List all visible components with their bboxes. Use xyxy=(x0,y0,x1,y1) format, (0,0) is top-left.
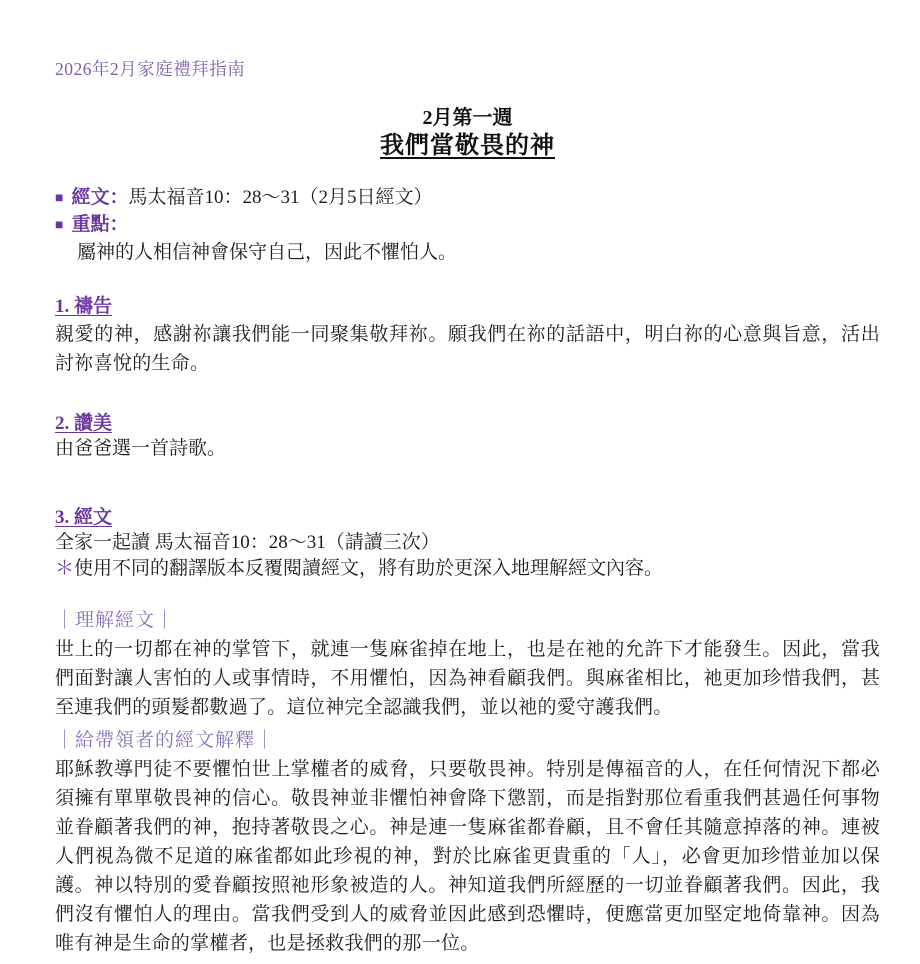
section-prayer: 1. 禱告 親愛的神，感謝祢讓我們能一同聚集敬拜祢。願我們在祢的話語中，明白祢的… xyxy=(55,295,880,378)
section-scripture-note: ＊使用不同的翻譯版本反覆閱讀經文，將有助於更深入地理解經文內容。 xyxy=(55,556,880,582)
doc-header-title: 2026年2月家庭禮拜指南 xyxy=(55,56,880,81)
document-page: 2026年2月家庭禮拜指南 2月第一週 我們當敬畏的神 ■ 經文： 馬太福音10… xyxy=(0,0,920,964)
point-label: 重點： xyxy=(71,212,128,237)
title-block: 2月第一週 我們當敬畏的神 xyxy=(55,105,880,161)
section-prayer-body: 親愛的神，感謝祢讓我們能一同聚集敬拜祢。願我們在祢的話語中，明白祢的心意與旨意，… xyxy=(55,320,880,378)
section-scripture-body: 全家一起讀 馬太福音10：28～31（請讀三次） xyxy=(55,530,880,556)
scripture-line: ■ 經文： 馬太福音10：28～31（2月5日經文） xyxy=(55,185,880,212)
scripture-value: 馬太福音10：28～31（2月5日經文） xyxy=(128,185,432,210)
scripture-label: 經文： xyxy=(71,185,128,210)
square-bullet-icon: ■ xyxy=(55,186,63,211)
point-value: 屬神的人相信神會保守自己，因此不懼怕人。 xyxy=(55,240,880,265)
square-bullet-icon: ■ xyxy=(55,213,63,238)
section-praise-body: 由爸爸選一首詩歌。 xyxy=(55,436,880,462)
subsection-leader-notes-heading: ｜給帶領者的經文解釋｜ xyxy=(55,728,880,754)
asterisk-marker: ＊ xyxy=(55,558,74,579)
meta-block: ■ 經文： 馬太福音10：28～31（2月5日經文） ■ 重點： 屬神的人相信神… xyxy=(55,185,880,265)
section-scripture-heading: 3. 經文 xyxy=(55,506,112,530)
main-title: 我們當敬畏的神 xyxy=(380,131,555,161)
subsection-understanding-heading: ｜理解經文｜ xyxy=(55,608,880,634)
section-prayer-heading: 1. 禱告 xyxy=(55,295,112,319)
note-text: 使用不同的翻譯版本反覆閱讀經文，將有助於更深入地理解經文內容。 xyxy=(74,558,663,579)
subsection-understanding: ｜理解經文｜ 世上的一切都在神的掌管下，就連一隻麻雀掉在地上，也是在祂的允許下才… xyxy=(55,608,880,722)
section-praise-heading: 2. 讚美 xyxy=(55,412,112,436)
point-line: ■ 重點： xyxy=(55,212,880,239)
subsection-understanding-body: 世上的一切都在神的掌管下，就連一隻麻雀掉在地上，也是在祂的允許下才能發生。因此，… xyxy=(55,635,880,722)
section-scripture: 3. 經文 全家一起讀 馬太福音10：28～31（請讀三次） ＊使用不同的翻譯版… xyxy=(55,506,880,582)
subsection-leader-notes: ｜給帶領者的經文解釋｜ 耶穌教導門徒不要懼怕世上掌權者的威脅，只要敬畏神。特別是… xyxy=(55,728,880,958)
week-title: 2月第一週 xyxy=(55,105,880,131)
subsection-leader-notes-body: 耶穌教導門徒不要懼怕世上掌權者的威脅，只要敬畏神。特別是傳福音的人，在任何情況下… xyxy=(55,755,880,958)
section-praise: 2. 讚美 由爸爸選一首詩歌。 xyxy=(55,412,880,462)
